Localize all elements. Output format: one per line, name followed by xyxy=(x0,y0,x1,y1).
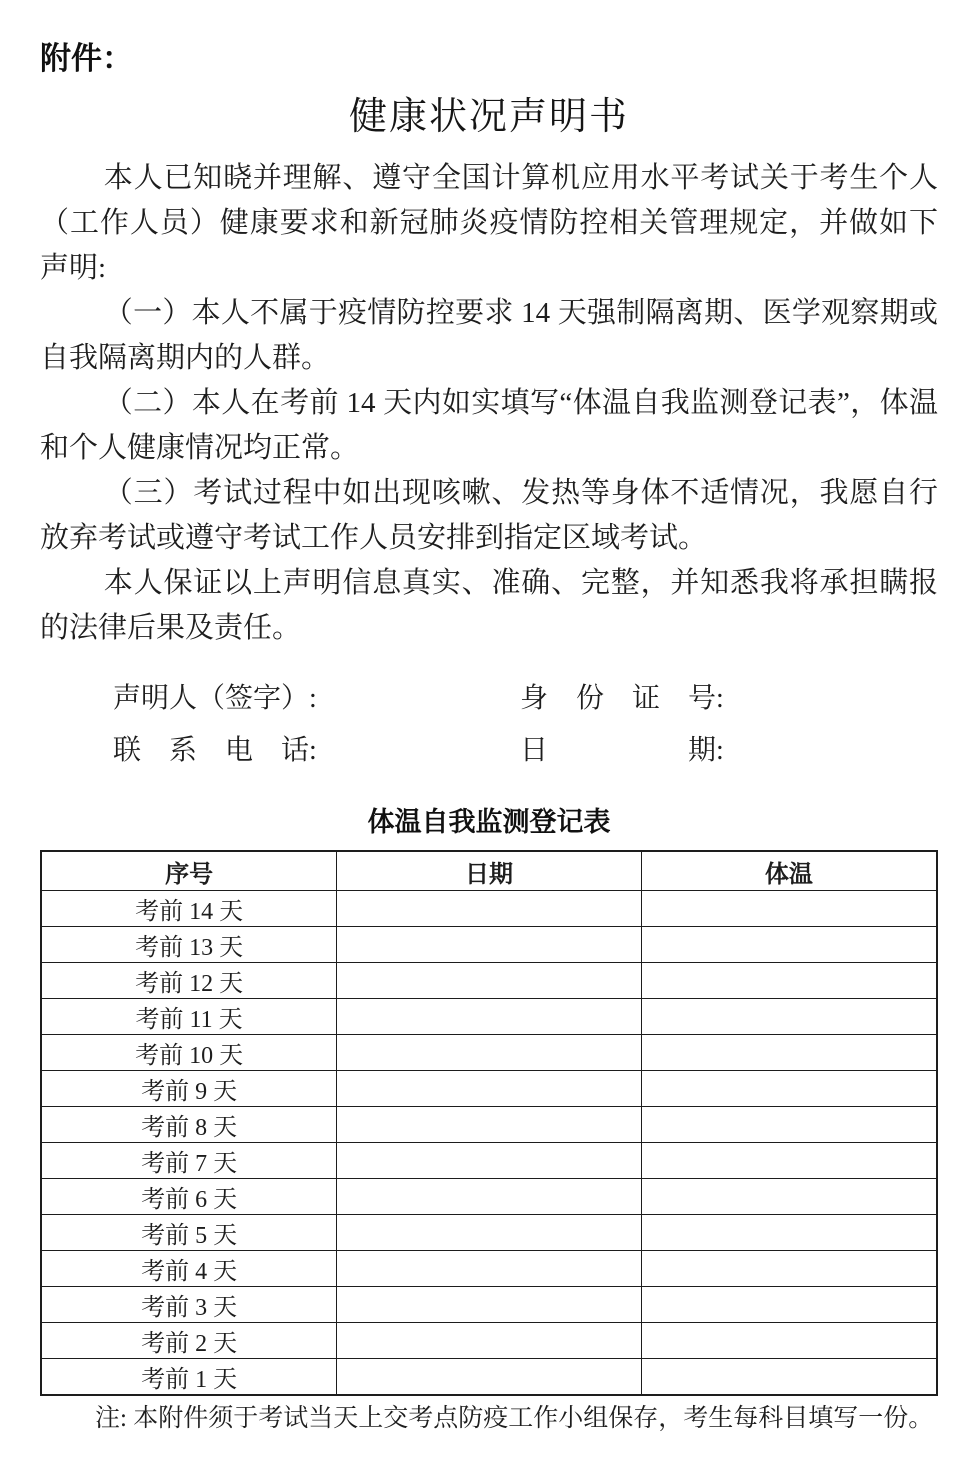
row-temp-cell xyxy=(641,1287,937,1323)
row-temp-cell xyxy=(641,927,937,963)
paragraph-item-3: （三）考试过程中如出现咳嗽、发热等身体不适情况，我愿自行放弃考试或遵守考试工作人… xyxy=(40,471,938,561)
row-date-cell xyxy=(337,1179,642,1215)
row-date-cell xyxy=(337,1215,642,1251)
row-temp-cell xyxy=(641,1107,937,1143)
paragraph-guarantee: 本人保证以上声明信息真实、准确、完整，并知悉我将承担瞒报的法律后果及责任。 xyxy=(40,561,938,651)
table-title: 体温自我监测登记表 xyxy=(40,805,938,839)
signature-block: 声明人（签字）: 身 份 证 号: 联 系 电 话: 日 期: xyxy=(40,673,938,777)
row-label-cell: 考前 1 天 xyxy=(41,1359,337,1396)
row-temp-cell xyxy=(641,1359,937,1396)
row-label-cell: 考前 11 天 xyxy=(41,999,337,1035)
table-header-temp: 体温 xyxy=(641,851,937,891)
temperature-table: 序号 日期 体温 考前 14 天 考前 13 天 考前 12 天 考前 11 天 xyxy=(40,850,938,1396)
table-header-row: 序号 日期 体温 xyxy=(41,851,937,891)
page-title: 健康状况声明书 xyxy=(40,92,938,142)
row-date-cell xyxy=(337,1143,642,1179)
row-label-cell: 考前 2 天 xyxy=(41,1323,337,1359)
row-label-cell: 考前 12 天 xyxy=(41,963,337,999)
row-temp-cell xyxy=(641,1215,937,1251)
row-date-cell xyxy=(337,891,642,927)
row-date-cell xyxy=(337,1251,642,1287)
table-row: 考前 6 天 xyxy=(41,1179,937,1215)
table-row: 考前 13 天 xyxy=(41,927,937,963)
row-temp-cell xyxy=(641,1251,937,1287)
row-label-cell: 考前 5 天 xyxy=(41,1215,337,1251)
row-date-cell xyxy=(337,927,642,963)
row-label-cell: 考前 10 天 xyxy=(41,1035,337,1071)
paragraph-item-2: （二）本人在考前 14 天内如实填写“体温自我监测登记表”，体温和个人健康情况均… xyxy=(40,381,938,471)
table-row: 考前 8 天 xyxy=(41,1107,937,1143)
declarant-signature-label: 声明人（签字）: xyxy=(113,673,520,725)
attachment-label: 附件： xyxy=(40,40,938,78)
row-date-cell xyxy=(337,1035,642,1071)
row-date-cell xyxy=(337,1287,642,1323)
row-temp-cell xyxy=(641,1323,937,1359)
declaration-body: 本人已知晓并理解、遵守全国计算机应用水平考试关于考生个人（工作人员）健康要求和新… xyxy=(40,156,938,651)
row-label-cell: 考前 9 天 xyxy=(41,1071,337,1107)
date-label: 日 期: xyxy=(520,725,724,777)
row-temp-cell xyxy=(641,1143,937,1179)
row-date-cell xyxy=(337,963,642,999)
row-temp-cell xyxy=(641,1035,937,1071)
table-row: 考前 4 天 xyxy=(41,1251,937,1287)
row-date-cell xyxy=(337,1359,642,1396)
table-row: 考前 2 天 xyxy=(41,1323,937,1359)
table-row: 考前 5 天 xyxy=(41,1215,937,1251)
table-row: 考前 10 天 xyxy=(41,1035,937,1071)
table-row: 考前 11 天 xyxy=(41,999,937,1035)
table-header-serial: 序号 xyxy=(41,851,337,891)
row-date-cell xyxy=(337,1323,642,1359)
contact-phone-label: 联 系 电 话: xyxy=(113,725,520,777)
row-date-cell xyxy=(337,1071,642,1107)
table-row: 考前 3 天 xyxy=(41,1287,937,1323)
table-row: 考前 7 天 xyxy=(41,1143,937,1179)
table-row: 考前 1 天 xyxy=(41,1359,937,1396)
row-label-cell: 考前 14 天 xyxy=(41,891,337,927)
row-label-cell: 考前 3 天 xyxy=(41,1287,337,1323)
row-label-cell: 考前 13 天 xyxy=(41,927,337,963)
row-date-cell xyxy=(337,999,642,1035)
row-label-cell: 考前 7 天 xyxy=(41,1143,337,1179)
signature-row-1: 声明人（签字）: 身 份 证 号: xyxy=(40,673,938,725)
table-row: 考前 14 天 xyxy=(41,891,937,927)
row-temp-cell xyxy=(641,1071,937,1107)
row-label-cell: 考前 6 天 xyxy=(41,1179,337,1215)
row-date-cell xyxy=(337,1107,642,1143)
row-label-cell: 考前 4 天 xyxy=(41,1251,337,1287)
row-temp-cell xyxy=(641,999,937,1035)
paragraph-intro: 本人已知晓并理解、遵守全国计算机应用水平考试关于考生个人（工作人员）健康要求和新… xyxy=(40,156,938,291)
table-row: 考前 9 天 xyxy=(41,1071,937,1107)
table-header-date: 日期 xyxy=(337,851,642,891)
footnote: 注: 本附件须于考试当天上交考点防疫工作小组保存，考生每科目填写一份。 xyxy=(40,1402,938,1436)
paragraph-item-1: （一）本人不属于疫情防控要求 14 天强制隔离期、医学观察期或自我隔离期内的人群… xyxy=(40,291,938,381)
signature-row-2: 联 系 电 话: 日 期: xyxy=(40,725,938,777)
table-row: 考前 12 天 xyxy=(41,963,937,999)
id-number-label: 身 份 证 号: xyxy=(520,673,724,725)
row-temp-cell xyxy=(641,1179,937,1215)
row-temp-cell xyxy=(641,963,937,999)
document-page: 附件： 健康状况声明书 本人已知晓并理解、遵守全国计算机应用水平考试关于考生个人… xyxy=(0,0,978,1460)
row-temp-cell xyxy=(641,891,937,927)
row-label-cell: 考前 8 天 xyxy=(41,1107,337,1143)
